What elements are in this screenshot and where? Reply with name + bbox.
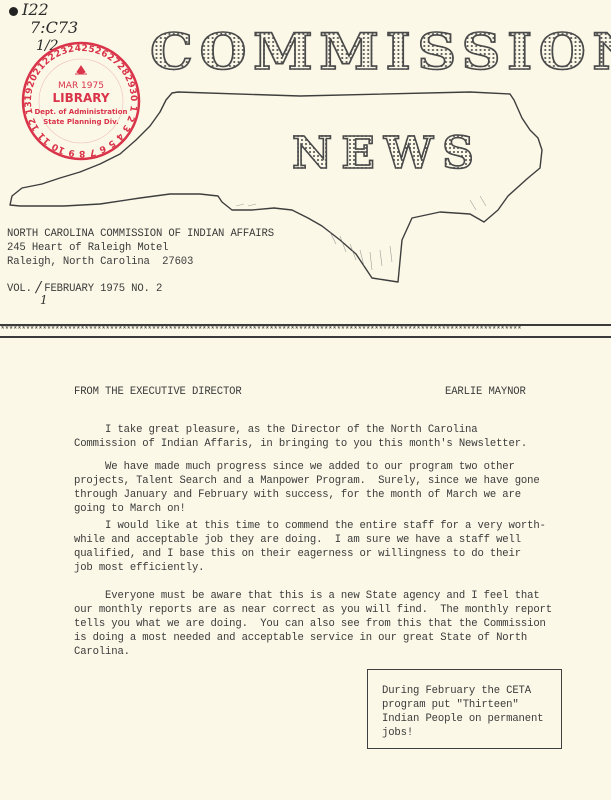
- masthead-subtitle: NEWS: [292, 130, 483, 178]
- ceta-callout-box: During February the CETA program put "Th…: [367, 669, 562, 749]
- stamp-date: MAR 1975: [58, 81, 104, 91]
- issue-volume-line: VOL. FEBRUARY 1975 NO. 2: [7, 282, 162, 296]
- stamp-title: LIBRARY: [52, 91, 109, 105]
- stamp-line2: State Planning Div.: [43, 118, 119, 126]
- handwritten-volume-number: 1: [40, 293, 48, 307]
- library-received-stamp-icon: 192021222324252627282930 1 2 3 4 5 6 7 8…: [20, 40, 142, 162]
- asterisk-separator: ****************************************…: [0, 324, 611, 340]
- article-heading: FROM THE EXECUTIVE DIRECTOR: [74, 385, 242, 399]
- organization-name: NORTH CAROLINA COMMISSION OF INDIAN AFFA…: [7, 227, 274, 241]
- address-line1: 245 Heart of Raleigh Motel: [7, 241, 274, 255]
- callout-text: During February the CETA program put "Th…: [382, 684, 543, 740]
- separator-asterisks: ****************************************…: [0, 325, 611, 336]
- separator-rule-bottom: [0, 336, 611, 338]
- article-author: EARLIE MAYNOR: [445, 385, 526, 399]
- organization-address-block: NORTH CAROLINA COMMISSION OF INDIAN AFFA…: [7, 227, 274, 269]
- stamp-line1: Dept. of Administration: [34, 108, 127, 116]
- masthead-title: COMMISSION: [150, 24, 611, 80]
- article-paragraph: We have made much progress since we adde…: [74, 460, 540, 516]
- article-paragraph: I would like at this time to commend the…: [74, 519, 546, 575]
- article-paragraph: I take great pleasure, as the Director o…: [74, 423, 527, 451]
- article-paragraph: Everyone must be aware that this is a ne…: [74, 589, 552, 659]
- address-line2: Raleigh, North Carolina 27603: [7, 255, 274, 269]
